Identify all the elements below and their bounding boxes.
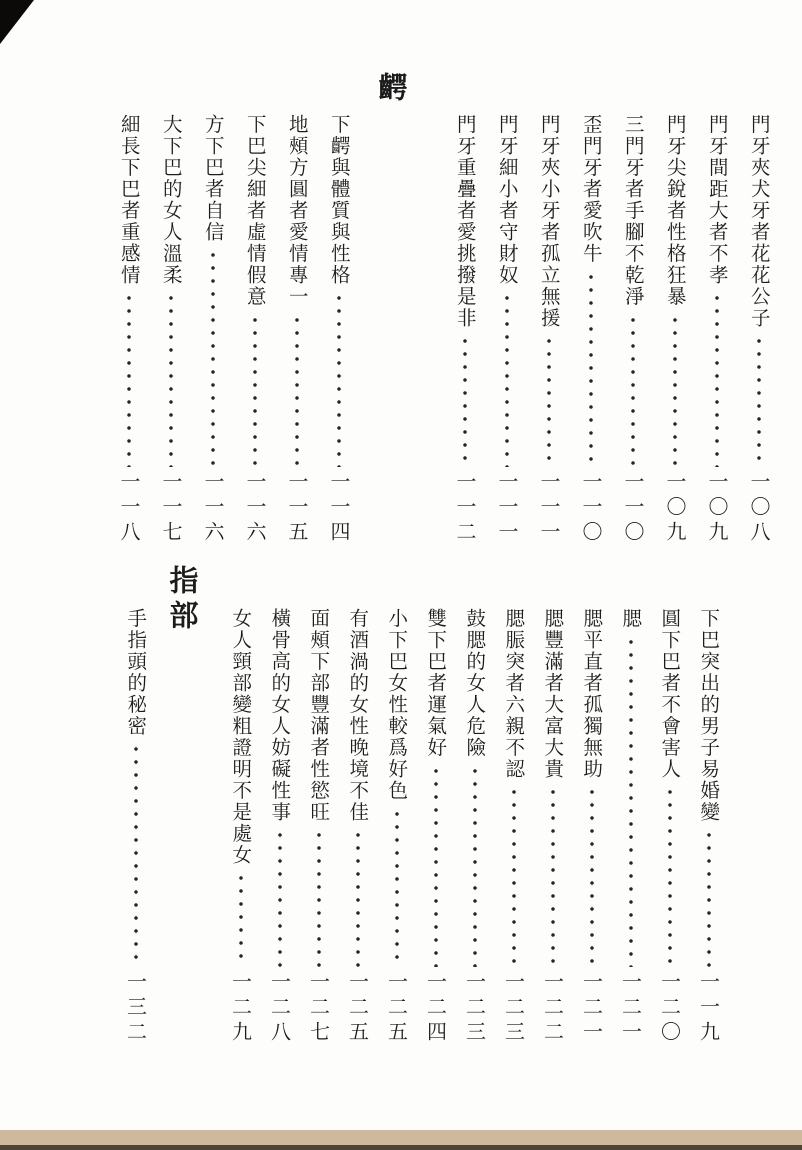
- book-page: 門牙夾犬牙者花花公子一〇八門牙間距大者不孝一〇九門牙尖銳者性格狂暴一〇九三門牙者…: [0, 0, 802, 1150]
- toc-entry: 鼓腮的女人危險一二三: [460, 565, 489, 1048]
- page-number: 一二〇: [660, 971, 680, 1048]
- entry-title: 下齶與體質與性格: [329, 114, 349, 286]
- page-number: 一一九: [699, 971, 719, 1048]
- dot-leader: [589, 786, 595, 967]
- toc-entry: 三門牙者手腳不乾淨一一〇: [618, 72, 648, 548]
- entry-title: 有酒渦的女性晚境不佳: [348, 608, 368, 823]
- dot-leader: [550, 786, 556, 967]
- toc-entry: 門牙夾小牙者孤立無援一一一: [534, 72, 564, 548]
- toc-entry: 有酒渦的女性晚境不佳一二五: [343, 565, 372, 1048]
- toc-entry: 門牙夾犬牙者花花公子一〇八: [744, 72, 774, 548]
- entry-title: 腮平直者孤獨無助: [582, 608, 602, 780]
- page-number: 一二七: [309, 971, 329, 1048]
- toc-entry: 雙下巴者運氣好一二四: [421, 565, 450, 1048]
- page-number: 一二九: [231, 971, 251, 1048]
- page-number: 一一八: [119, 471, 139, 548]
- toc-entry: 門牙間距大者不孝一〇九: [702, 72, 732, 548]
- dot-leader: [394, 808, 400, 968]
- entry-title: 門牙細小者守財奴: [497, 114, 517, 286]
- entry-title: 大下巴的女人溫柔: [161, 114, 181, 286]
- page-corner-fold: [0, 0, 34, 44]
- section-header: 指部: [164, 565, 200, 1048]
- dot-leader: [433, 765, 439, 968]
- entry-title: 三門牙者手腳不乾淨: [623, 114, 643, 308]
- page-number: 一一一: [497, 471, 517, 548]
- toc-entry: 腮脤突者六親不認一二三: [499, 565, 528, 1048]
- toc-entry: 大下巴的女人溫柔一一七: [156, 72, 186, 548]
- dot-leader: [630, 314, 636, 468]
- page-number: 一二五: [387, 971, 407, 1048]
- dot-leader: [316, 829, 322, 967]
- section-title: 指部: [168, 565, 197, 635]
- page-number: 一二四: [426, 971, 446, 1048]
- scan-bottom-beige-strip: [0, 1130, 802, 1146]
- entry-title: 腮: [621, 608, 641, 630]
- dot-leader: [546, 335, 552, 467]
- entry-title: 門牙重疊者愛挑撥是非: [455, 114, 475, 329]
- page-number: 一〇八: [749, 471, 769, 548]
- page-number: 一二八: [270, 971, 290, 1048]
- toc-entry: 門牙尖銳者性格狂暴一〇九: [660, 72, 690, 548]
- entry-title: 橫骨高的女人妨礙性事: [270, 608, 290, 823]
- page-number: 一二一: [621, 971, 641, 1048]
- entry-title: 腮豐滿者大富大貴: [543, 608, 563, 780]
- section-title: 齶: [377, 72, 406, 107]
- dot-leader: [168, 292, 174, 467]
- entry-title: 門牙間距大者不孝: [707, 114, 727, 286]
- toc-entry: 歪門牙者愛吹牛一一〇: [576, 72, 606, 548]
- toc-entry: 腮平直者孤獨無助一二一: [577, 565, 606, 1048]
- entry-title: 歪門牙者愛吹牛: [581, 114, 601, 265]
- page-number: 一二五: [348, 971, 368, 1048]
- toc-entry: 下巴尖細者虛情假意一一六: [240, 72, 270, 548]
- entry-title: 手指頭的秘密: [126, 608, 146, 737]
- toc-block-bottom: 下巴突出的男子易婚變一一九圓下巴者不會害人一二〇腮一二一腮平直者孤獨無助一二一腮…: [103, 565, 723, 1048]
- toc-entry: 門牙重疊者愛挑撥是非一一二: [450, 72, 480, 548]
- dot-leader: [588, 271, 594, 468]
- entry-title: 門牙尖銳者性格狂暴: [665, 114, 685, 308]
- page-number: 一〇九: [707, 471, 727, 548]
- dot-leader: [628, 636, 634, 968]
- entry-title: 下巴突出的男子易婚變: [699, 608, 719, 823]
- toc-entry: 手指頭的秘密一三二: [121, 565, 150, 1048]
- entry-title: 下巴尖細者虛情假意: [245, 114, 265, 308]
- dot-leader: [252, 314, 258, 468]
- page-number: 一一〇: [581, 471, 601, 548]
- entry-title: 鼓腮的女人危險: [465, 608, 485, 759]
- page-number: 一一六: [203, 471, 223, 548]
- entry-title: 細長下巴者重感情: [119, 114, 139, 286]
- entry-title: 面頰下部豐滿者性慾旺: [309, 608, 329, 823]
- dot-leader: [355, 829, 361, 967]
- page-number: 一一五: [287, 471, 307, 548]
- dot-leader: [133, 743, 139, 967]
- toc-block-top: 門牙夾犬牙者花花公子一〇八門牙間距大者不孝一〇九門牙尖銳者性格狂暴一〇九三門牙者…: [108, 72, 774, 548]
- entry-title: 圓下巴者不會害人: [660, 608, 680, 780]
- entry-title: 門牙夾犬牙者花花公子: [749, 114, 769, 329]
- toc-entry: 圓下巴者不會害人一二〇: [655, 565, 684, 1048]
- toc-entry: 小下巴女性較爲好色一二五: [382, 565, 411, 1048]
- toc-entry: 下巴突出的男子易婚變一一九: [694, 565, 723, 1048]
- toc-entry: 下齶與體質與性格一一四: [324, 72, 354, 548]
- dot-leader: [126, 292, 132, 467]
- toc-entry: 地頰方圓者愛情專一一一五: [282, 72, 312, 548]
- entry-title: 女人頸部變粗證明不是處女: [231, 608, 251, 866]
- dot-leader: [210, 249, 216, 467]
- toc-entry: 面頰下部豐滿者性慾旺一二七: [304, 565, 333, 1048]
- entry-title: 腮脤突者六親不認: [504, 608, 524, 780]
- page-number: 一〇九: [665, 471, 685, 548]
- toc-entry: 細長下巴者重感情一一八: [114, 72, 144, 548]
- dot-leader: [706, 829, 712, 967]
- dot-leader: [238, 872, 244, 967]
- dot-leader: [462, 335, 468, 467]
- page-number: 一二三: [465, 971, 485, 1048]
- dot-leader: [714, 292, 720, 467]
- page-number: 一一二: [455, 471, 475, 548]
- entry-title: 雙下巴者運氣好: [426, 608, 446, 759]
- entry-title: 方下巴者自信: [203, 114, 223, 243]
- page-number: 一一六: [245, 471, 265, 548]
- toc-entry: 腮豐滿者大富大貴一二二: [538, 565, 567, 1048]
- toc-entry: 腮一二一: [616, 565, 645, 1048]
- toc-entry: 門牙細小者守財奴一一一: [492, 72, 522, 548]
- scan-bottom-dark-band: [0, 1145, 802, 1150]
- entry-title: 門牙夾小牙者孤立無援: [539, 114, 559, 329]
- page-number: 一二一: [582, 971, 602, 1048]
- dot-leader: [294, 314, 300, 468]
- dot-leader: [504, 292, 510, 467]
- dot-leader: [472, 765, 478, 968]
- toc-entry: 女人頸部變粗證明不是處女一二九: [226, 565, 255, 1048]
- page-number: 一二三: [504, 971, 524, 1048]
- page-number: 一一四: [329, 471, 349, 548]
- page-number: 一二二: [543, 971, 563, 1048]
- dot-leader: [667, 786, 673, 967]
- page-number: 一一〇: [623, 471, 643, 548]
- toc-entry: 橫骨高的女人妨礙性事一二八: [265, 565, 294, 1048]
- page-number: 一一一: [539, 471, 559, 548]
- page-number: 一三二: [126, 971, 146, 1048]
- dot-leader: [511, 786, 517, 967]
- section-header: 齶: [372, 72, 410, 548]
- page-number: 一一七: [161, 471, 181, 548]
- entry-title: 小下巴女性較爲好色: [387, 608, 407, 802]
- entry-title: 地頰方圓者愛情專一: [287, 114, 307, 308]
- dot-leader: [756, 335, 762, 467]
- dot-leader: [277, 829, 283, 967]
- dot-leader: [672, 314, 678, 468]
- dot-leader: [336, 292, 342, 467]
- toc-entry: 方下巴者自信一一六: [198, 72, 228, 548]
